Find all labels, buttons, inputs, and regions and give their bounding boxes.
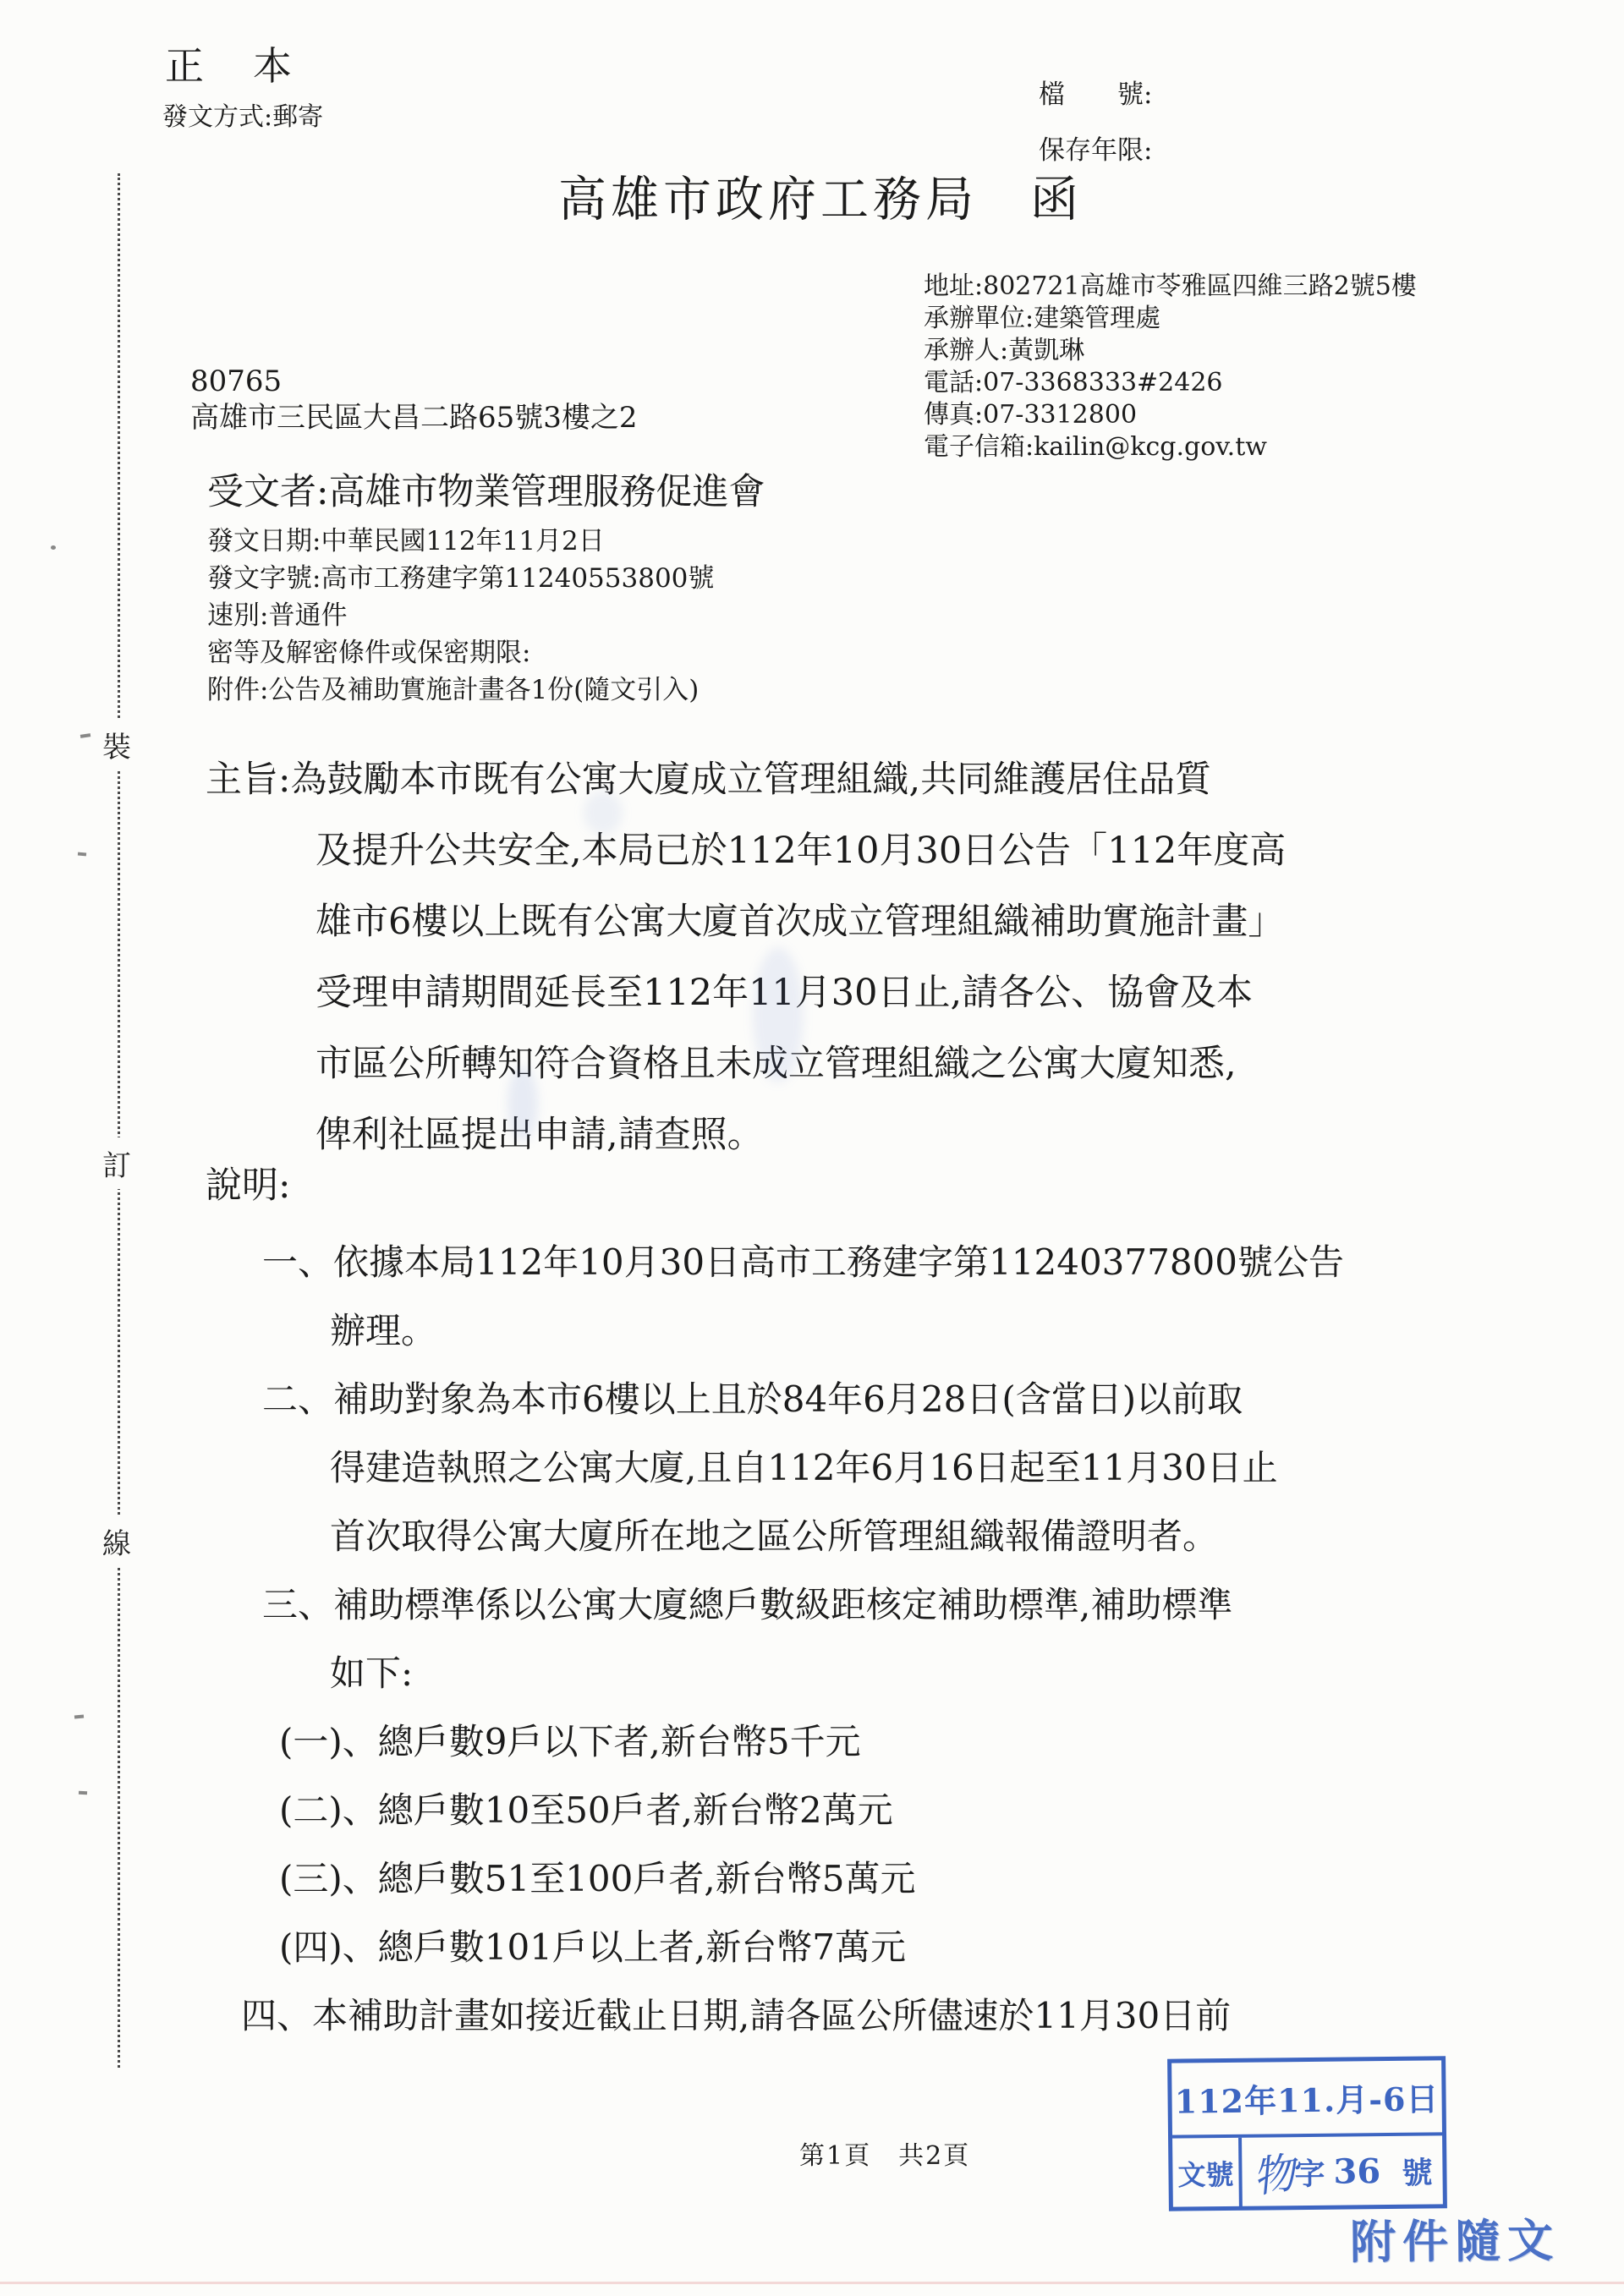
- document-title: 高雄市政府工務局 函: [558, 161, 1083, 230]
- subject-line: 市區公所轉知符合資格且未成立管理組織之公寓大廈知悉,: [206, 1028, 1491, 1099]
- explanation-item-3: 三、補助標準係以公寓大廈總戶數級距核定補助標準,補助標準: [206, 1570, 1525, 1639]
- explanation-item-4: 四、本補助計畫如接近截止日期,請各區公所儘速於11月30日前: [206, 1981, 1525, 2050]
- binding-mark-ding: 訂: [102, 1137, 131, 1189]
- recipient-postal-code: 80765: [190, 364, 638, 400]
- subject-line: 受理申請期間延長至112年11月30日止,請各公、協會及本: [206, 957, 1491, 1028]
- stamp-doc-unit: 號: [1402, 2149, 1433, 2192]
- subject-line: 及提升公共安全,本局已於112年10月30日公告「112年度高: [206, 815, 1491, 886]
- stamp-doc-number-label: 文號: [1172, 2138, 1243, 2208]
- delivery-method: 發文方式:郵寄: [162, 96, 323, 133]
- scan-speck: [51, 545, 56, 550]
- agency-email: 電子信箱:kailin@kcg.gov.tw: [924, 431, 1417, 463]
- binding-dotted-line: [118, 173, 120, 2068]
- scan-speck: [79, 1791, 87, 1795]
- recipient-name-line: 受文者:高雄市物業管理服務促進會: [207, 463, 765, 515]
- agency-contact-person: 承辦人:黃凱琳: [924, 335, 1417, 367]
- scan-speck: [74, 1715, 84, 1719]
- explanation-item-2-cont: 得建造執照之公寓大廈,且自112年6月16日起至11月30日止: [206, 1433, 1525, 1502]
- agency-address: 地址:802721高雄市苓雅區四維三路2號5樓: [924, 271, 1417, 303]
- explanation-item-2-cont: 首次取得公寓大廈所在地之區公所管理組織報備證明者。: [206, 1502, 1525, 1570]
- explanation-list: 一、依據本局112年10月30日高市工務建字第11240377800號公告 辦理…: [206, 1228, 1525, 2050]
- attachment-follows-stamp: 附件隨文: [1350, 2205, 1561, 2271]
- agency-phone: 電話:07-3368333#2426: [924, 367, 1417, 399]
- ink-smudge: [584, 791, 623, 835]
- explanation-item-2: 二、補助對象為本市6樓以上且於84年6月28日(含當日)以前取: [206, 1365, 1525, 1433]
- subject-text: 為鼓勵本市既有公寓大廈成立管理組織,共同維護居住品質: [291, 759, 1212, 801]
- file-number-label: 檔 號:: [1039, 73, 1152, 111]
- stamp-date: 112年11.月-6日: [1171, 2060, 1442, 2138]
- subject-line: 俾利社區提出申請,請查照。: [206, 1099, 1491, 1170]
- stamp-doc-number: 36: [1333, 2151, 1380, 2192]
- subject-line: 主旨:為鼓勵本市既有公寓大廈成立管理組織,共同維護居住品質: [206, 744, 1491, 815]
- subject-line: 雄市6樓以上既有公寓大廈首次成立管理組織補助實施計畫」: [206, 886, 1491, 957]
- agency-contact-block: 地址:802721高雄市苓雅區四維三路2號5樓 承辦單位:建築管理處 承辦人:黃…: [924, 271, 1417, 463]
- stamp-handwritten-char: 物: [1248, 2139, 1298, 2206]
- scan-speck: [80, 733, 91, 738]
- explanation-heading: 說明:: [206, 1157, 291, 1208]
- recipient-street-address: 高雄市三民區大昌二路65號3樓之2: [190, 400, 638, 436]
- recipient-address-block: 80765 高雄市三民區大昌二路65號3樓之2: [190, 364, 638, 436]
- subsidy-tier-1: (一)、總戶數9戶以下者,新台幣5千元: [206, 1707, 1525, 1776]
- scan-edge-artifact: [0, 2282, 1624, 2284]
- agency-fax: 傳真:07-3312800: [924, 399, 1417, 431]
- speed-class: 速別:普通件: [207, 597, 714, 634]
- subject-label: 主旨:: [206, 759, 291, 801]
- stamp-doc-mid: 字: [1294, 2150, 1325, 2193]
- stamp-doc-number-value: 物 字 36 號: [1242, 2135, 1443, 2206]
- scanned-official-letter: 正 本 發文方式:郵寄 檔 號: 保存年限: 高雄市政府工務局 函 地址:802…: [0, 0, 1624, 2296]
- issue-date: 發文日期:中華民國112年11月2日: [207, 523, 714, 560]
- binding-mark-zhuang: 裝: [102, 719, 131, 770]
- stamp-bottom-row: 文號 物 字 36 號: [1172, 2135, 1443, 2207]
- receipt-stamp: 112年11.月-6日 文號 物 字 36 號: [1167, 2056, 1447, 2211]
- explanation-item-1-cont: 辦理。: [206, 1296, 1525, 1365]
- explanation-item-3-cont: 如下:: [206, 1639, 1525, 1707]
- attachment-note: 附件:公告及補助實施計畫各1份(隨文引入): [207, 671, 714, 709]
- issue-doc-number: 發文字號:高市工務建字第11240553800號: [207, 560, 714, 597]
- subsidy-tier-3: (三)、總戶數51至100戶者,新台幣5萬元: [206, 1844, 1525, 1913]
- subject-paragraph: 主旨:為鼓勵本市既有公寓大廈成立管理組織,共同維護居住品質 及提升公共安全,本局…: [206, 744, 1491, 1170]
- page-number: 第1頁 共2頁: [799, 2134, 970, 2172]
- ink-smudge: [753, 947, 804, 1082]
- subsidy-tier-4: (四)、總戶數101戶以上者,新台幣7萬元: [206, 1913, 1525, 1981]
- subsidy-tier-2: (二)、總戶數10至50戶者,新台幣2萬元: [206, 1776, 1525, 1844]
- security-class: 密等及解密條件或保密期限:: [207, 634, 714, 671]
- ink-smudge: [507, 1066, 538, 1142]
- explanation-item-1: 一、依據本局112年10月30日高市工務建字第11240377800號公告: [206, 1228, 1525, 1296]
- document-meta-block: 發文日期:中華民國112年11月2日 發文字號:高市工務建字第112405538…: [207, 523, 714, 709]
- binding-mark-xian: 線: [102, 1515, 131, 1567]
- copy-type-label: 正 本: [165, 36, 297, 91]
- agency-unit: 承辦單位:建築管理處: [924, 303, 1417, 335]
- scan-speck: [78, 852, 86, 857]
